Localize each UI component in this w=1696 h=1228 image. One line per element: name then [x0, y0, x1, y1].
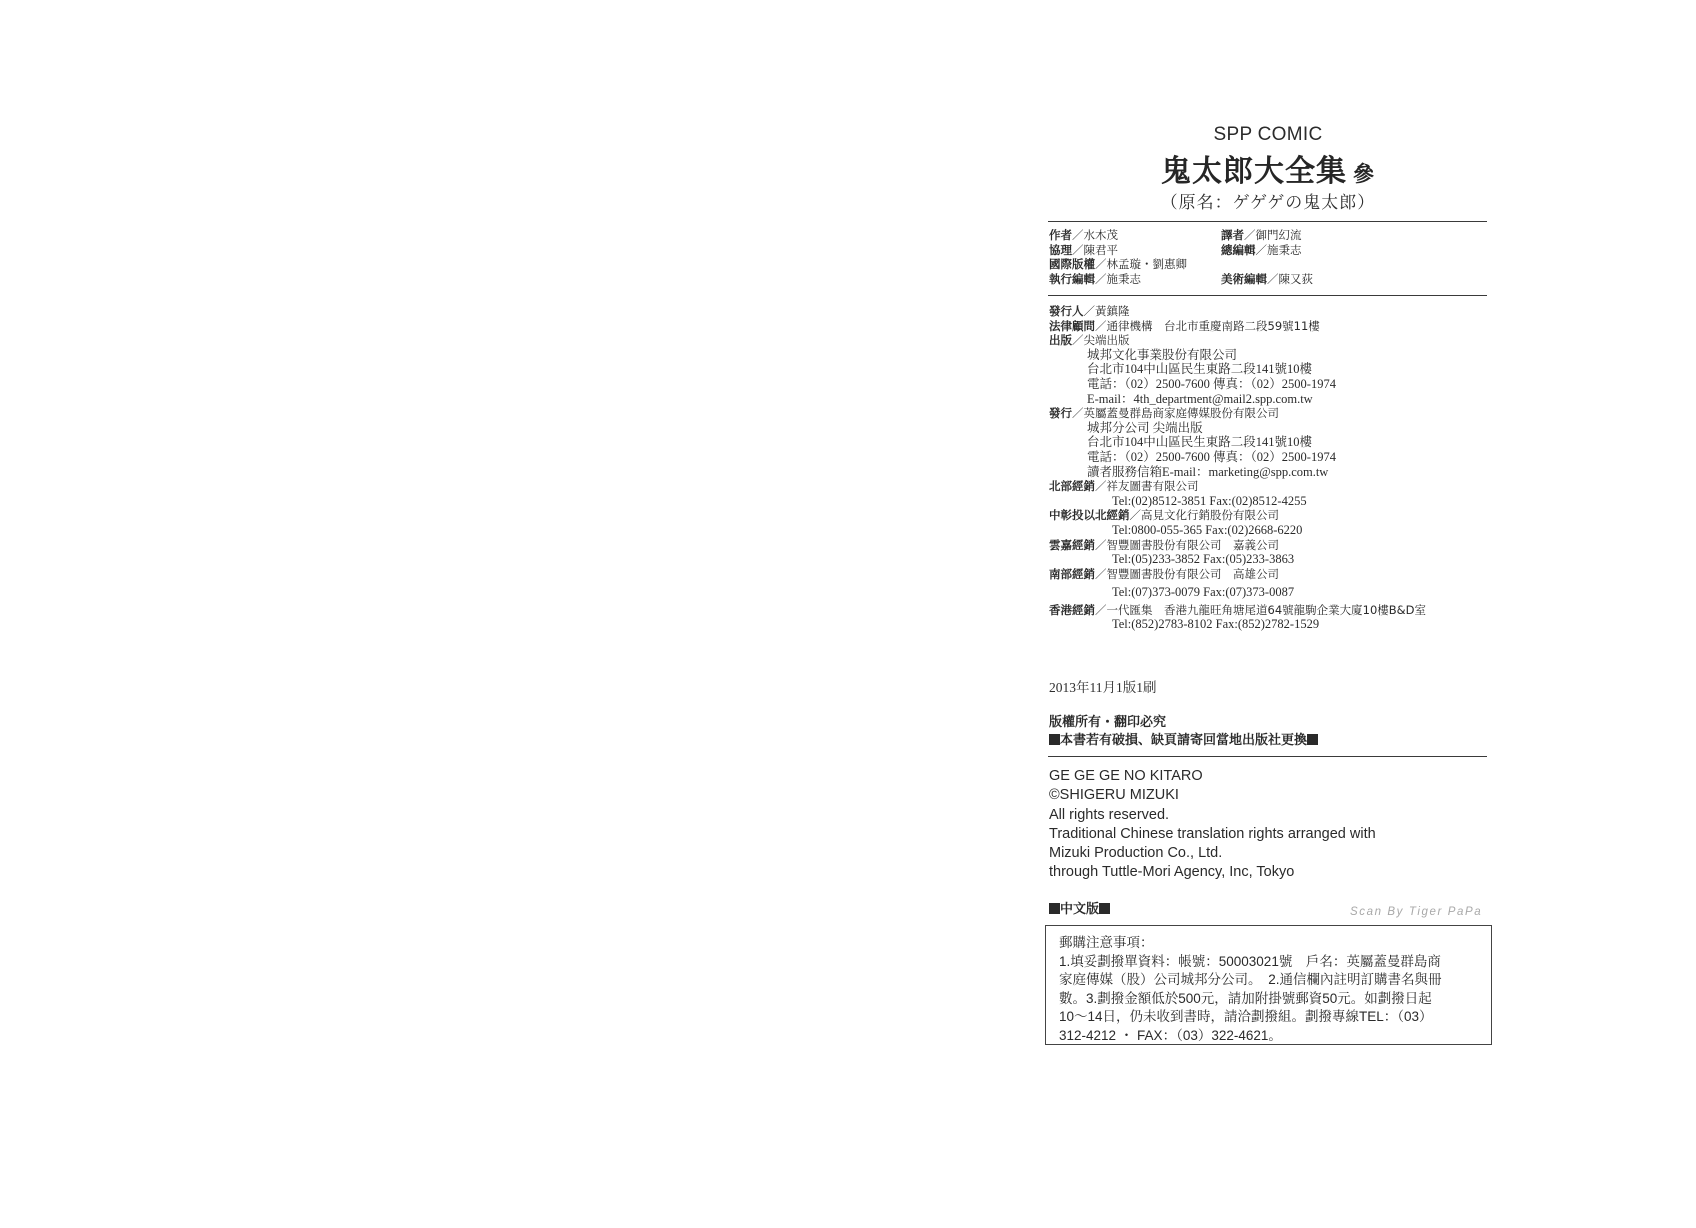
distribution-row: 發行／英屬蓋曼群島商家庭傳媒股份有限公司	[1049, 406, 1426, 421]
copyright-line: Mizuki Production Co., Ltd.	[1049, 844, 1376, 863]
notice-line: 家庭傳媒（股）公司城邦分公司。 2.通信欄內註明訂購書名與冊	[1059, 971, 1442, 990]
value: 祥友圖書有限公司	[1107, 479, 1199, 493]
damage-notice-text: 本書若有破損、缺頁請寄回當地出版社更換	[1060, 733, 1307, 748]
separator: ／	[1072, 243, 1084, 257]
publication-line: 電話：（02）2500-7600 傳真：（02）2500-1974	[1049, 377, 1426, 392]
credit-value: 林孟璇・劉惠卿	[1107, 257, 1188, 271]
distribution-line: 台北市104中山區民生東路二段141號10樓	[1049, 435, 1426, 450]
label: 發行人	[1049, 304, 1084, 318]
scan-credit: Scan By Tiger PaPa	[1350, 906, 1482, 918]
credit-label: 協理	[1049, 243, 1072, 257]
credits-block: 作者／水木茂 譯者／御門幻流 協理／陳君平 總編輯／施秉志 國際版權／林孟璇・劉…	[1049, 228, 1187, 287]
divider-bottom	[1048, 756, 1487, 757]
credit-row: 國際版權／林孟璇・劉惠卿	[1049, 257, 1187, 272]
label: 法律顧問	[1049, 319, 1095, 333]
rights-notice: 版權所有・翻印必究	[1049, 711, 1166, 730]
regional-row: 雲嘉經銷／智豐圖書股份有限公司 嘉義公司	[1049, 538, 1426, 553]
separator: ／	[1256, 243, 1268, 257]
credit-row: 作者／水木茂 譯者／御門幻流	[1049, 228, 1187, 243]
credit-label: 國際版權	[1049, 257, 1095, 271]
notice-line: 數。3.劃撥金額低於500元，請加附掛號郵資50元。如劃撥日起	[1059, 990, 1442, 1009]
separator: ／	[1095, 603, 1107, 617]
series-name: SPP COMIC	[1048, 124, 1488, 146]
copyright-line: through Tuttle-Mori Agency, Inc, Tokyo	[1049, 863, 1376, 882]
separator: ／	[1084, 304, 1096, 318]
regional-row: 北部經銷／祥友圖書有限公司	[1049, 479, 1426, 494]
regional-contact: Tel:(05)233-3852 Fax:(05)233-3863	[1049, 552, 1426, 567]
credit-label: 作者	[1049, 228, 1072, 242]
book-title-text: 鬼太郎大全集	[1161, 154, 1347, 189]
separator: ／	[1244, 228, 1256, 242]
distribution-email: 讀者服務信箱E-mail：marketing@spp.com.tw	[1049, 465, 1426, 480]
square-bullet-icon	[1049, 903, 1060, 914]
mail-order-notice: 郵購注意事項： 1.填妥劃撥單資料：帳號：50003021號 戶名：英屬蓋曼群島…	[1045, 925, 1492, 1045]
publisher-row: 發行人／黃鎮隆	[1049, 304, 1426, 319]
credit-right: 譯者／御門幻流	[1221, 228, 1302, 243]
publication-line: 城邦文化事業股份有限公司	[1049, 348, 1426, 363]
separator: ／	[1130, 508, 1142, 522]
label: 香港經銷	[1049, 603, 1095, 617]
value: 高見文化行銷股份有限公司	[1141, 508, 1279, 522]
publication-email: E-mail：4th_department@mail2.spp.com.tw	[1049, 392, 1426, 407]
separator: ／	[1267, 272, 1279, 286]
copyright-line: All rights reserved.	[1049, 806, 1376, 825]
square-bullet-icon	[1099, 903, 1110, 914]
distribution-line: 城邦分公司 尖端出版	[1049, 421, 1426, 436]
square-bullet-icon	[1049, 734, 1060, 745]
credit-value: 陳又荻	[1279, 272, 1314, 286]
label: 中彰投以北經銷	[1049, 508, 1130, 522]
credit-label: 譯者	[1221, 228, 1244, 242]
credit-value: 水木茂	[1084, 228, 1119, 242]
separator: ／	[1095, 479, 1107, 493]
notice-text: 郵購注意事項： 1.填妥劃撥單資料：帳號：50003021號 戶名：英屬蓋曼群島…	[1059, 934, 1442, 1046]
notice-title: 郵購注意事項：	[1059, 934, 1442, 953]
divider-middle	[1048, 295, 1487, 296]
copyright-line: ©SHIGERU MIZUKI	[1049, 786, 1376, 805]
separator: ／	[1072, 406, 1084, 420]
copyright-line: Traditional Chinese translation rights a…	[1049, 825, 1376, 844]
credit-right: 美術編輯／陳又荻	[1221, 272, 1313, 287]
label: 發行	[1049, 406, 1072, 420]
value: 黃鎮隆	[1095, 304, 1130, 318]
label: 北部經銷	[1049, 479, 1095, 493]
separator: ／	[1072, 228, 1084, 242]
credit-label: 總編輯	[1221, 243, 1256, 257]
regional-row: 香港經銷／一代匯集 香港九龍旺角塘尾道64號龍駒企業大廈10樓B&D室	[1049, 603, 1426, 618]
value: 通律機構 台北市重慶南路二段59號11樓	[1107, 319, 1320, 333]
publication-line: 台北市104中山區民生東路二段141號10樓	[1049, 362, 1426, 377]
value: 智豐圖書股份有限公司 高雄公司	[1107, 567, 1280, 581]
value: 一代匯集 香港九龍旺角塘尾道64號龍駒企業大廈10樓B&D室	[1107, 603, 1426, 617]
credit-value: 陳君平	[1084, 243, 1119, 257]
separator: ／	[1095, 567, 1107, 581]
regional-contact: Tel:(02)8512-3851 Fax:(02)8512-4255	[1049, 494, 1426, 509]
credit-label: 美術編輯	[1221, 272, 1267, 286]
credit-label: 執行編輯	[1049, 272, 1095, 286]
value: 智豐圖書股份有限公司 嘉義公司	[1107, 538, 1280, 552]
credit-right: 總編輯／施秉志	[1221, 243, 1302, 258]
label: 出版	[1049, 333, 1072, 347]
volume-number: 參	[1353, 162, 1375, 186]
credit-value: 御門幻流	[1256, 228, 1302, 242]
english-copyright: GE GE GE NO KITARO ©SHIGERU MIZUKI All r…	[1049, 767, 1376, 883]
regional-row: 南部經銷／智豐圖書股份有限公司 高雄公司	[1049, 567, 1426, 582]
damage-notice: 本書若有破損、缺頁請寄回當地出版社更換	[1049, 729, 1318, 748]
value: 尖端出版	[1084, 333, 1130, 347]
notice-line: 1.填妥劃撥單資料：帳號：50003021號 戶名：英屬蓋曼群島商	[1059, 953, 1442, 972]
label: 雲嘉經銷	[1049, 538, 1095, 552]
chinese-edition-label: 中文版	[1049, 898, 1110, 917]
separator: ／	[1095, 257, 1107, 271]
divider-top	[1048, 221, 1487, 222]
label: 南部經銷	[1049, 567, 1095, 581]
legal-row: 法律顧問／通律機構 台北市重慶南路二段59號11樓	[1049, 319, 1426, 334]
edition-info: 2013年11月1版1刷	[1049, 676, 1157, 696]
regional-contact: Tel:(07)373-0079 Fax:(07)373-0087	[1049, 581, 1426, 603]
notice-line: 312-4212 ・ FAX：（03）322-4621。	[1059, 1027, 1442, 1046]
separator: ／	[1095, 319, 1107, 333]
chinese-edition-text: 中文版	[1060, 902, 1099, 917]
distribution-line: 電話：（02）2500-7600 傳真：（02）2500-1974	[1049, 450, 1426, 465]
regional-row: 中彰投以北經銷／高見文化行銷股份有限公司	[1049, 508, 1426, 523]
separator: ／	[1095, 272, 1107, 286]
regional-contact: Tel:(852)2783-8102 Fax:(852)2782-1529	[1049, 617, 1426, 632]
regional-contact: Tel:0800-055-365 Fax:(02)2668-6220	[1049, 523, 1426, 538]
value: 英屬蓋曼群島商家庭傳媒股份有限公司	[1084, 406, 1280, 420]
separator: ／	[1095, 538, 1107, 552]
square-bullet-icon	[1307, 734, 1318, 745]
credit-row: 協理／陳君平 總編輯／施秉志	[1049, 243, 1187, 258]
original-title: （原名：ゲゲゲの鬼太郎）	[1048, 188, 1488, 213]
publishing-block: 發行人／黃鎮隆 法律顧問／通律機構 台北市重慶南路二段59號11樓 出版／尖端出…	[1049, 304, 1426, 632]
notice-line: 10～14日，仍未收到書時，請洽劃撥組。劃撥專線TEL：（03）	[1059, 1008, 1442, 1027]
credit-row: 執行編輯／施秉志 美術編輯／陳又荻	[1049, 272, 1187, 287]
publication-row: 出版／尖端出版	[1049, 333, 1426, 348]
credit-value: 施秉志	[1107, 272, 1142, 286]
copyright-line: GE GE GE NO KITARO	[1049, 767, 1376, 786]
book-title: 鬼太郎大全集參	[1048, 146, 1488, 190]
credit-value: 施秉志	[1267, 243, 1302, 257]
separator: ／	[1072, 333, 1084, 347]
